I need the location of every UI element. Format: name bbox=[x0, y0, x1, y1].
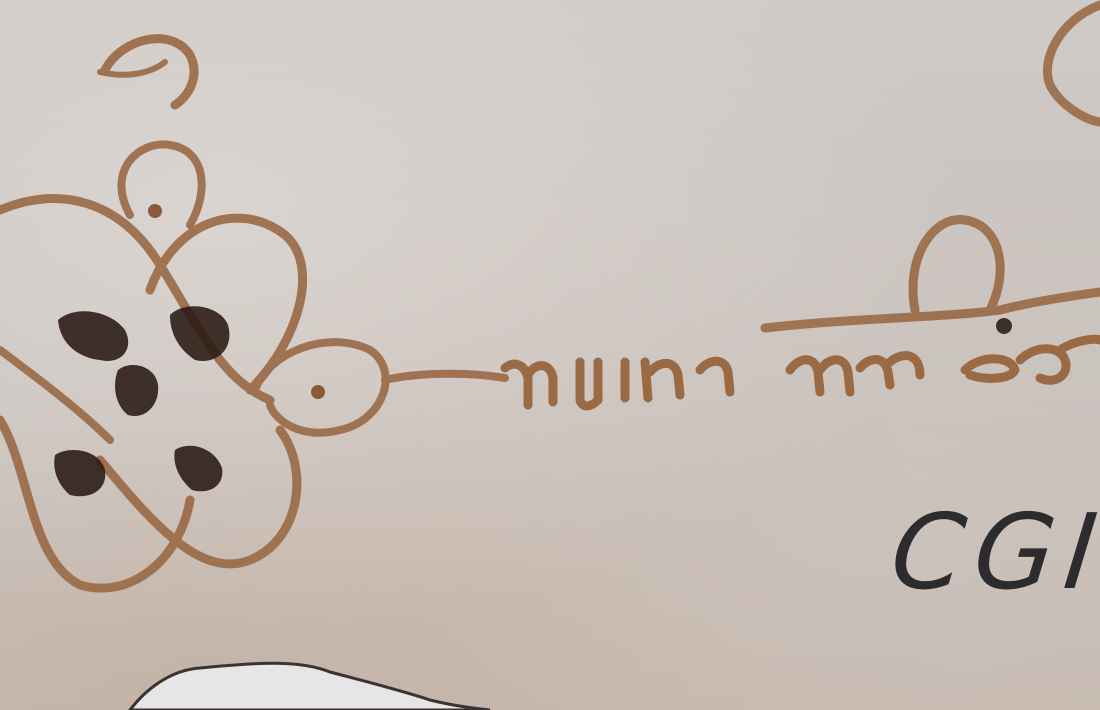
script-letters bbox=[505, 339, 1100, 406]
knot-dark-fill bbox=[54, 306, 1012, 496]
top-right-arc bbox=[1047, 5, 1100, 122]
bottom-left-lobe bbox=[0, 420, 190, 588]
accession-mark: CGI- bbox=[887, 500, 1100, 604]
torn-hole bbox=[130, 663, 490, 710]
manuscript-photo: CGI- bbox=[0, 0, 1100, 710]
right-upper-loop bbox=[913, 220, 1000, 310]
connector-line bbox=[385, 374, 505, 380]
